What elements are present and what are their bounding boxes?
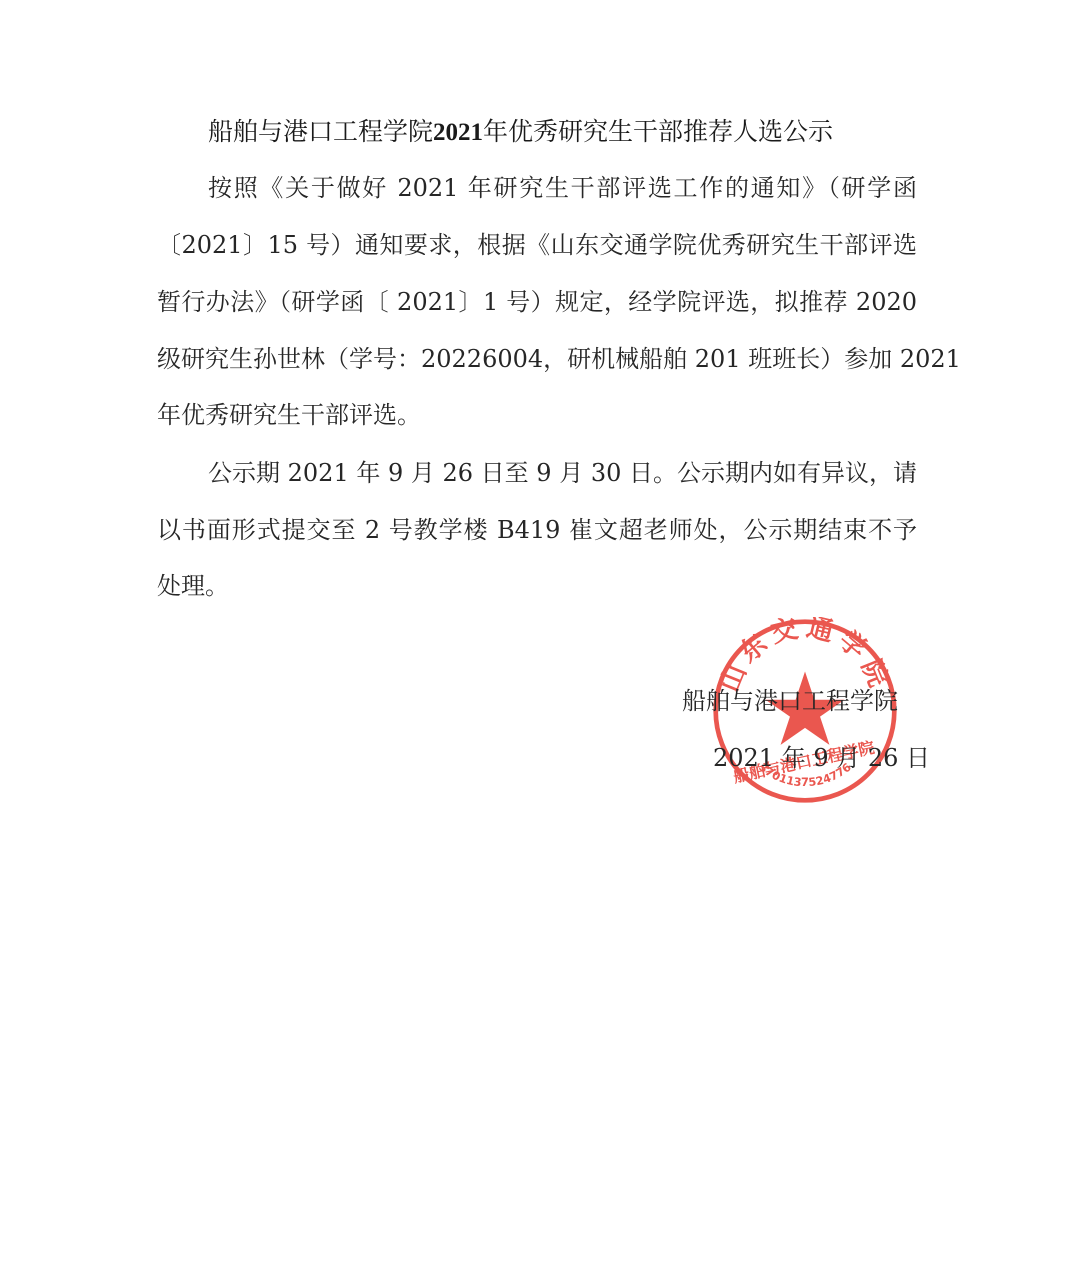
signature-org: 船舶与港口工程学院 bbox=[682, 683, 898, 719]
title-suffix: 年优秀研究生干部推荐人选公示 bbox=[483, 117, 833, 146]
paragraph1-line: 暂行办法》（研学函〔 2021〕1 号）规定，经学院评选，拟推荐 2020 bbox=[157, 284, 917, 320]
paragraph1-line: 级研究生孙世林（学号：20226004，研机械船舶 201 班班长）参加 202… bbox=[157, 341, 917, 377]
document-title: 船舶与港口工程学院2021年优秀研究生干部推荐人选公示 bbox=[208, 112, 908, 153]
signature-date: 2021 年 9 月 26 日 bbox=[713, 740, 930, 776]
paragraph2-line: 公示期 2021 年 9 月 26 日至 9 月 30 日。公示期内如有异议，请 bbox=[208, 455, 917, 491]
title-year: 2021 bbox=[433, 119, 483, 146]
paragraph1-line: 年优秀研究生干部评选。 bbox=[157, 397, 917, 433]
paragraph2-line: 以书面形式提交至 2 号教学楼 B419 崔文超老师处，公示期结束不予 bbox=[157, 512, 917, 548]
paragraph1-line: 按照《关于做好 2021 年研究生干部评选工作的通知》（研学函 bbox=[208, 170, 917, 206]
title-prefix: 船舶与港口工程学院 bbox=[208, 117, 433, 146]
paragraph2-line: 处理。 bbox=[157, 568, 917, 604]
paragraph1-line: 〔2021〕15 号）通知要求，根据《山东交通学院优秀研究生干部评选 bbox=[157, 227, 917, 263]
document-page: 船舶与港口工程学院2021年优秀研究生干部推荐人选公示 按照《关于做好 2021… bbox=[0, 0, 1080, 1275]
